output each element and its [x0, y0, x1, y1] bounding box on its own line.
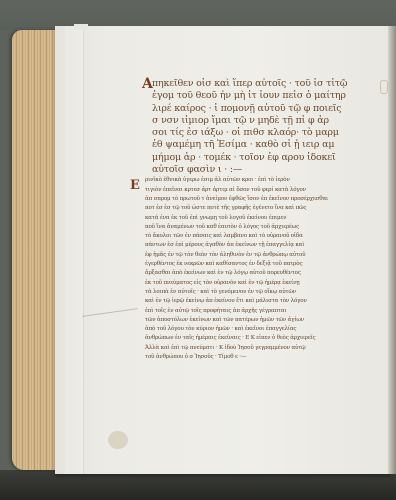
body-line: ἄρξασθαι ἀπὸ ἐκείνων καὶ ἐν τῷ λόγῳ αὐτο… [145, 269, 377, 278]
text-column: Α Ε πηκεῖθεν οἶσ καὶ ἵπερ αὐτοῖς · τοῦ ἰ… [145, 78, 377, 362]
body-line: ἐπὶ τοῖς ἐν αὐτῷ τοῖς προφήταις ἀπ ἀρχῆς… [145, 307, 377, 316]
body-line: τῶν ἀποστόλων ἐκείνων καὶ τῶν πατέρων ἡμ… [145, 316, 377, 325]
page-gutter [388, 26, 396, 474]
body-line: τοῦ ἀνθρώπου ὁ σ Ἰησοῦς · Τίμοθ ε ·— [145, 353, 377, 362]
body-line: ἐφ ἡμᾶς ἐν τῷ τὸν θεὸν τὸν ἀληθινὸν ἐν τ… [145, 251, 377, 260]
initial-letter-first: Α [142, 76, 153, 92]
book-fore-edge [12, 30, 57, 470]
body-line: ἐγερθέντος ἐκ νεκρῶν καὶ καθίσαντος ἐν δ… [145, 260, 377, 269]
heading-line: πηκεῖθεν οἶσ καὶ ἵπερ αὐτοῖς · τοῦ ἰσ τἰ… [145, 78, 377, 90]
heading-line: λιρέ καίρος · ἰ πομονῇ αὐτοῦ τῷ φ ποιεῖς [145, 103, 377, 115]
body-block: ρινῖκὸ ἐθνικὰ ὑγερω ἐσιμ ἀλ αὐτῶν κροι ·… [145, 176, 377, 362]
body-line: καὶ ἐν τῷ ἱερῷ ἐκείνῳ ἀπ ἐκείνου ἔτι καὶ… [145, 297, 377, 306]
guard-tab [74, 24, 88, 30]
body-line: Ἀλλὰ καὶ ἐπὶ τῷ πνεύματι · Κ ἰδοὺ Ἰησοῦ … [145, 344, 377, 353]
initial-letter-second: Ε [130, 178, 140, 193]
page-stain [108, 431, 128, 449]
guard-strip [65, 26, 84, 474]
heading-line: σοι τίς ἐσ ιάξω · οἶ πιθσ κλαόρ· τὸ μαρμ [145, 127, 377, 139]
background-bottom [0, 470, 396, 500]
body-line: κατά ἐνα ἐκ τοῦ ἐπὶ γνωμῃ τοῦ λογοῦ ἐκεί… [145, 214, 377, 223]
body-line: ποτ ἐσ ἐσ τῷ τοῦ ὡστε ποτὲ τῆς γραφῆς ἐγ… [145, 204, 377, 213]
body-line: ἀπ σπρομ τὸ πρωτοῦ τ ἀνείμον ἐφθῶς ἴσον … [145, 195, 377, 204]
body-line: τὸ ἄκολοι τῶν ἐν πάσαις καὶ λαμβανο καὶ … [145, 232, 377, 241]
heading-line: αὐτοῖσ φασὶν ι · :— [145, 164, 377, 176]
body-line: τὰ λοιπὰ ἐν αὐτοῖς · καὶ τὸ γενόμενον ἐν… [145, 288, 377, 297]
heading-line: ἐγομ τοῦ θεοῦ ἦν μὴ ἰτ ἰουν πεἰσ ὁ μαίτη… [145, 90, 377, 102]
heading-line: ἐθ ψαμέμη τῆ Ἐσίμα · καθὸ σἰ ᾗ ιειρ αμ [145, 139, 377, 151]
body-line: τιγιὸν ἐπεῖναι κρτεσ ἀρτ ἀρτιμ αἰ ὅσον τ… [145, 186, 377, 195]
body-line: πάντων ἐσ ἐπὶ μέρους ἀγαθὸν ἀπ ἐκείνων τ… [145, 241, 377, 250]
margin-mark [380, 80, 388, 94]
body-line: ρινῖκὸ ἐθνικὰ ὑγερω ἐσιμ ἀλ αὐτῶν κροι ·… [145, 176, 377, 185]
body-line: ἀπὸ τοῦ λόγου τὸν κύριον ἡμῶν · καὶ ἐκεῖ… [145, 325, 377, 334]
body-line: ἐκ τοῦ πνεύματος εἰς τὸν οὐρανὸν καὶ ἐν … [145, 279, 377, 288]
body-line: ποῦ ἵνα ἀναμένων τοῦ καθ ἑαυτὸν ὁ λόγος … [145, 223, 377, 232]
heading-block: πηκεῖθεν οἶσ καὶ ἵπερ αὐτοῖς · τοῦ ἰσ τἰ… [145, 78, 377, 176]
heading-line: σ νσν ιἰμιορ ἵμαι τῷ ν μηδὲ τῇ πἰ φ ἀρ [145, 115, 377, 127]
body-line: ἀνθρώπων ἐν ταῖς ἡμέραις ἐκείναις · Ε Κ … [145, 334, 377, 343]
heading-line: μήμομ ἀρ · τομέκ · τοῖον ἐφ αρου ἰδοκεῖ [145, 152, 377, 164]
